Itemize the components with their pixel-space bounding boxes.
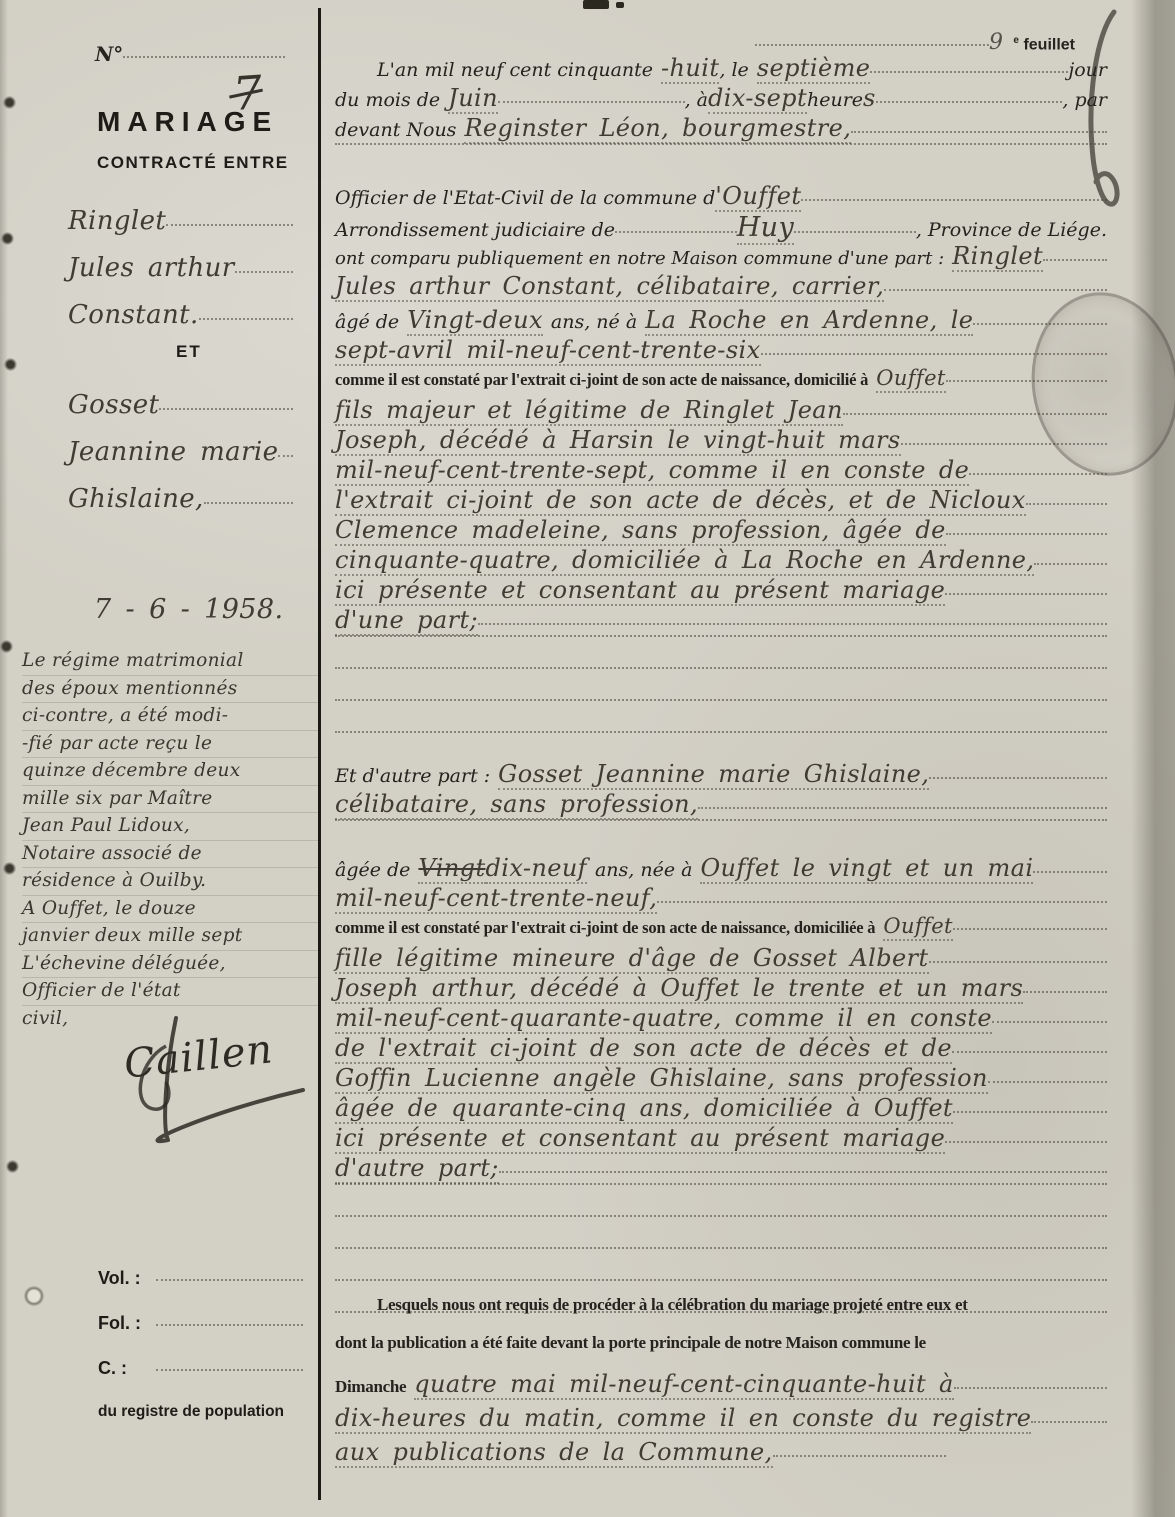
binding-hole [6,1160,19,1173]
sheet-number: 9 e feuillet [755,32,1075,54]
binding-hole [24,1286,44,1306]
publication-paragraph: Lesquels nous ont requis de procéder à l… [335,1296,1107,1474]
act-number-label: N° [95,42,123,66]
act-number-block: N° 7 [95,42,295,66]
registry-footer: du registre de population [98,1403,303,1421]
officier-paragraph: Officier de l'Etat-Civil de la commune d… [335,184,1107,304]
binding-hole [3,862,16,875]
vol-label: Vol. : [98,1268,156,1289]
scan-smudge [616,2,624,8]
marriage-act-scan: N° 7 MARIAGE CONTRACTÉ ENTRE Ringlet Jul… [0,0,1175,1517]
opening-paragraph: L'an mil neuf cent cinquante-huit, lesep… [335,56,1107,176]
binding-hole [4,358,17,371]
binding-edge-shadow [0,0,8,1517]
spouse2-firstnames2: Ghislaine, [68,486,204,512]
spouse1-firstnames: Jules arthur [68,255,235,281]
bride-intro-paragraph: Et d'autre part :Gosset Jeannine marie G… [335,762,1107,856]
scan-smudge [583,0,609,9]
margin-date: 7 - 6 - 1958. [94,596,283,623]
spouse1-name-block: Ringlet Jules arthur Constant. [68,208,293,349]
dotted-leader [123,56,285,58]
form-subtitle: CONTRACTÉ ENTRE [97,153,289,173]
margin-annotation: Le régime matrimonial des époux mentionn… [22,648,318,1032]
groom-paragraph: âgé deVingt-deuxans, né àLa Roche en Ard… [335,308,1107,766]
spouse2-surname: Gosset [68,392,159,418]
form-title: MARIAGE [97,106,278,138]
registry-reference-block: Vol. : Fol. : C. : du registre de popula… [98,1268,303,1421]
struck-word: Vingt [418,856,485,884]
bride-filiation-paragraph: comme il est constaté par l'extrait ci-j… [335,916,1107,1346]
page-edge-shadow [1131,0,1175,1517]
binding-hole [3,96,16,109]
official-signature: Caillen [88,1016,318,1156]
column-divider-rule [318,8,321,1500]
spouse2-firstnames: Jeannine marie [68,439,278,465]
sheet-number-label: feuillet [1023,36,1075,53]
spouse1-surname: Ringlet [68,208,166,234]
fol-label: Fol. : [98,1313,156,1334]
c-label: C. : [98,1358,156,1379]
bride-age-paragraph: âgée deVingtdix-neufans, née àOuffet le … [335,856,1107,916]
binding-hole [0,640,13,653]
sheet-number-value: 9 [989,32,1003,54]
spouse2-name-block: Gosset Jeannine marie Ghislaine, [68,392,293,533]
et-label: ET [176,342,202,362]
spouse1-firstnames2: Constant. [68,302,199,328]
binding-hole [1,232,14,245]
